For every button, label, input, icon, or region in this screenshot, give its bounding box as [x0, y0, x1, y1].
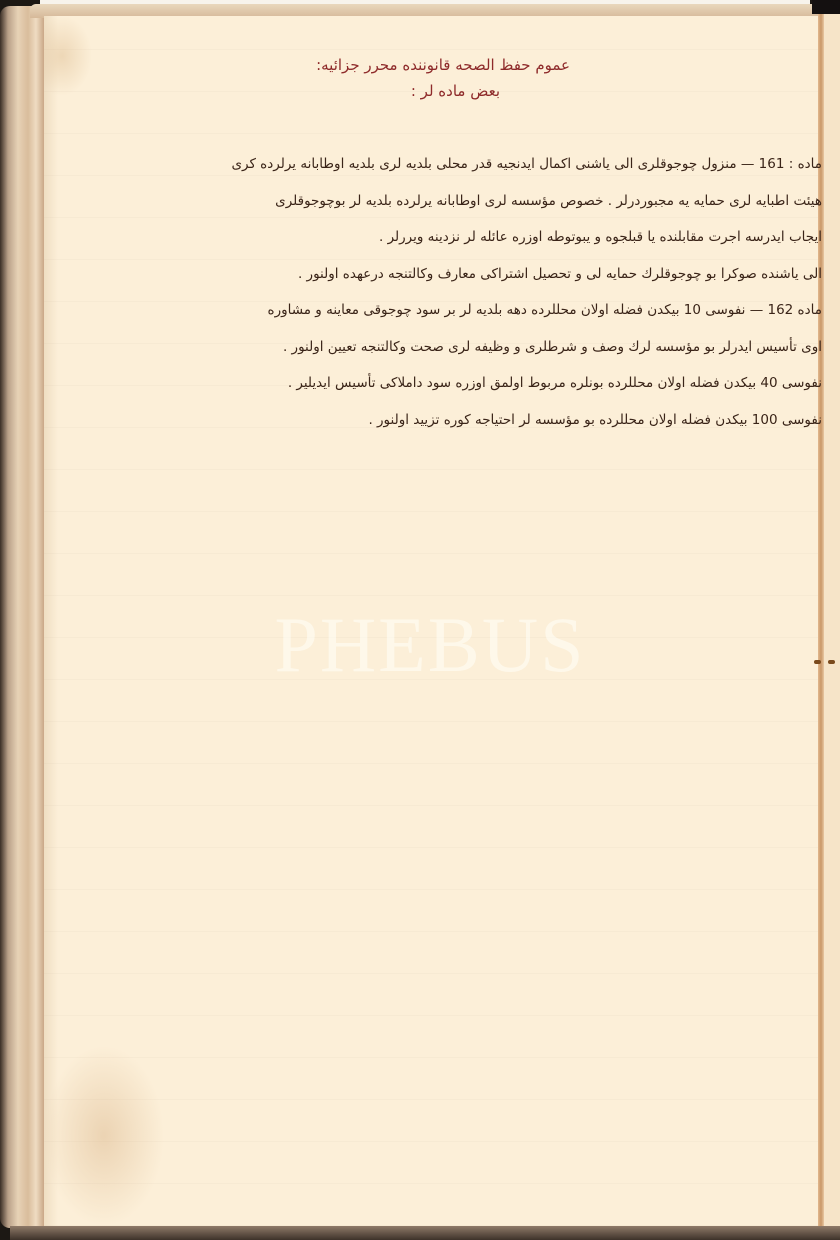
next-page-edge: [824, 14, 840, 1228]
scan-corner-shadow: [812, 0, 840, 14]
article-161-line-3: ایجاب ایدرسه اجرت مقابلنده یا قبلجوه و ی…: [52, 219, 822, 256]
book-scan: عموم حفظ الصحه قانوننده محرر جزائيه: بعض…: [0, 0, 840, 1240]
heading-line-1: عموم حفظ الصحه قانوننده محرر جزائيه:: [316, 56, 570, 74]
page-heading: عموم حفظ الصحه قانوننده محرر جزائيه: بعض…: [290, 52, 570, 104]
article-162-line-3: نفوسی 40 بیکدن فضله اولان محللرده بونلره…: [52, 365, 822, 402]
page-bottom-edge: [10, 1226, 840, 1240]
manuscript-body: ماده : 161 — منزول چوجوقلری الی یاشنی اک…: [52, 146, 822, 438]
book-spine: [0, 6, 44, 1228]
watermark: PHEBUS: [230, 600, 630, 690]
article-162-line-2: اوی تأسیس ایدرلر بو مؤسسه لرك وصف و شرطل…: [52, 329, 822, 366]
article-162-line-4: نفوسی 100 بیکدن فضله اولان محللرده بو مؤ…: [52, 402, 822, 439]
binding-marks: [814, 660, 840, 666]
article-161-line-1: ماده : 161 — منزول چوجوقلری الی یاشنی اک…: [52, 146, 822, 183]
article-161-line-4: الی یاشنده صوکرا بو چوجوقلرك حمایه لی و …: [52, 256, 822, 293]
heading-line-2: بعض ماده لر :: [290, 78, 570, 104]
article-162-line-1: ماده 162 — نفوسی 10 بیکدن فضله اولان محل…: [52, 292, 822, 329]
article-161-line-2: هیئت اطبایه لری حمایه یه مجبوردرلر . خصو…: [52, 183, 822, 220]
